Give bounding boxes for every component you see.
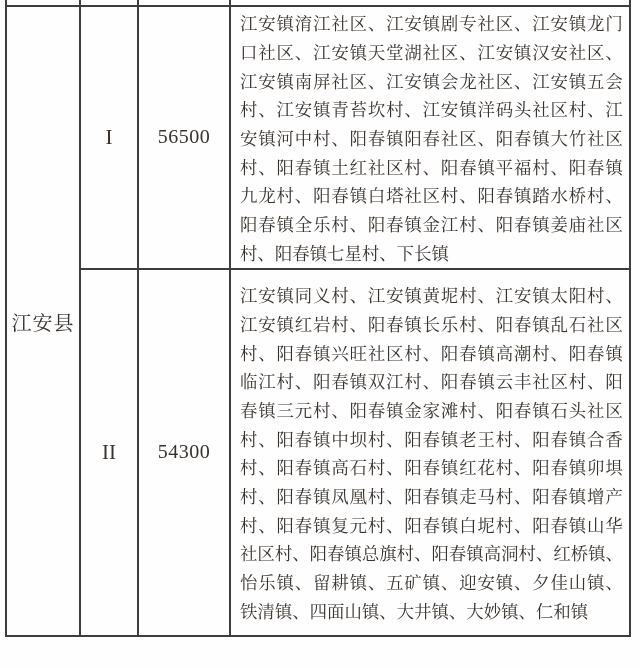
description-text-2: 江安镇同义村、江安镇黄坭村、江安镇太阳村、江安镇红岩村、阳春镇长乐村、阳春镇乱石…: [231, 280, 629, 624]
table-row-class-2: II 54300 江安镇同义村、江安镇黄坭村、江安镇太阳村、江安镇红岩村、阳春镇…: [6, 269, 630, 636]
class-label-cell-1: I: [80, 6, 138, 269]
document-page: 江安县 I 56500 江安镇淯江社区、江安镇剧专社区、江安镇龙门口社区、江安镇…: [0, 0, 640, 668]
description-cell-2: 江安镇同义村、江安镇黄坭村、江安镇太阳村、江安镇红岩村、阳春镇长乐村、阳春镇乱石…: [230, 269, 630, 636]
amount-cell-2: 54300: [138, 269, 230, 636]
region-name-cell: 江安县: [6, 6, 80, 636]
region-allocation-table: 江安县 I 56500 江安镇淯江社区、江安镇剧专社区、江安镇龙门口社区、江安镇…: [5, 0, 631, 637]
amount-cell-1: 56500: [138, 6, 230, 269]
table-row-class-1: 江安县 I 56500 江安镇淯江社区、江安镇剧专社区、江安镇龙门口社区、江安镇…: [6, 6, 630, 269]
class-label-cell-2: II: [80, 269, 138, 636]
description-text-1: 江安镇淯江社区、江安镇剧专社区、江安镇龙门口社区、江安镇天堂湖社区、江安镇汉安社…: [231, 8, 629, 266]
description-cell-1: 江安镇淯江社区、江安镇剧专社区、江安镇龙门口社区、江安镇天堂湖社区、江安镇汉安社…: [230, 6, 630, 269]
